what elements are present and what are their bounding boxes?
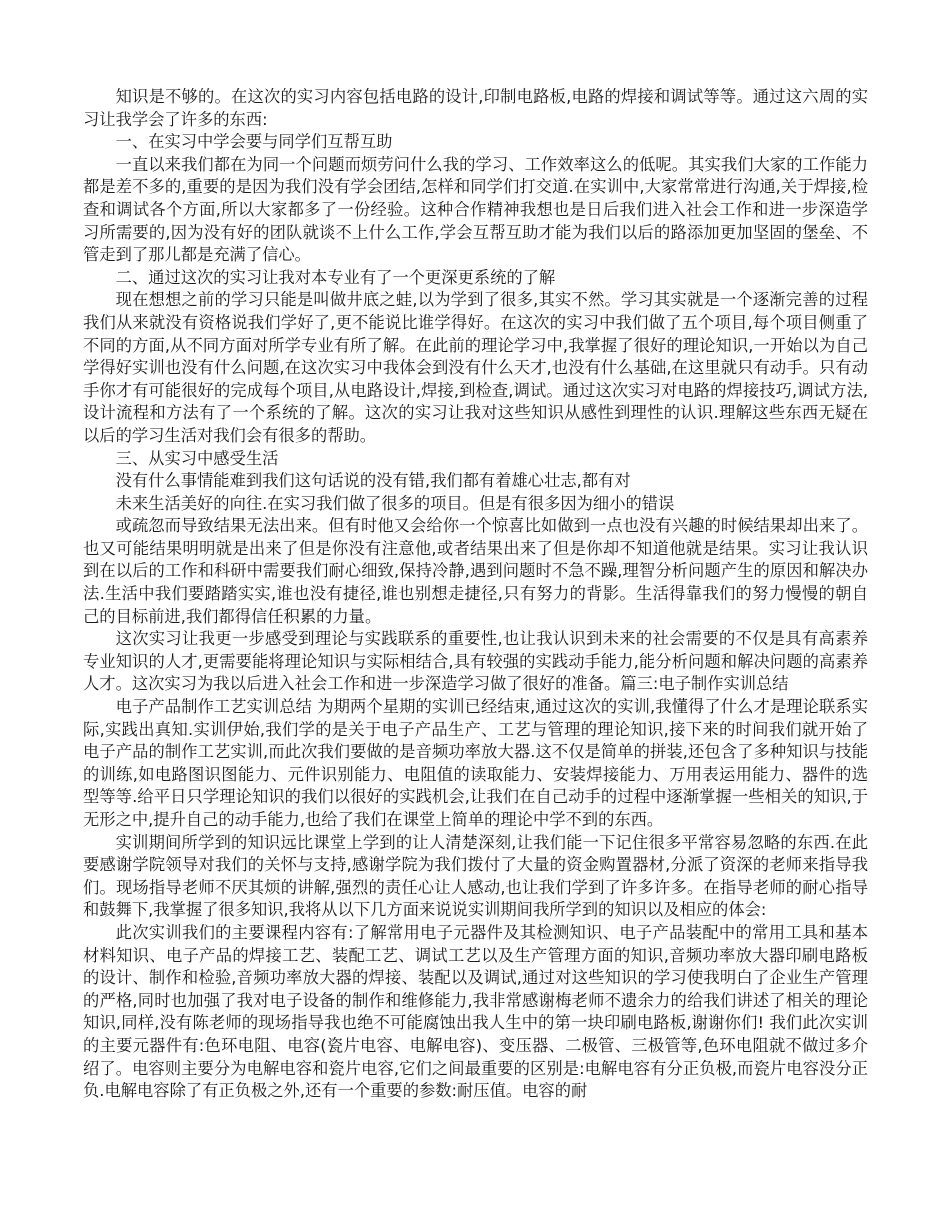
paragraph: 知识是不够的。在这次的实习内容包括电路的设计,印制电路板,电路的焊接和调试等等。… [83,86,868,131]
paragraph: 二、通过这次的实习让我对本专业有了一个更深更系统的了解 [83,267,868,290]
document-body: 知识是不够的。在这次的实习内容包括电路的设计,印制电路板,电路的焊接和调试等等。… [83,86,868,1103]
paragraph: 三、从实习中感受生活 [83,448,868,471]
paragraph: 实训期间所学到的知识远比课堂上学到的让人清楚深刻,让我们能一下记住很多平常容易忽… [83,832,868,922]
paragraph: 一直以来我们都在为同一个问题而烦劳问什么我的学习、工作效率这么的低呢。其实我们大… [83,154,868,267]
paragraph: 一、在实习中学会要与同学们互帮互助 [83,131,868,154]
paragraph: 没有什么事情能难到我们这句话说的没有错,我们都有着雄心壮志,都有对 [83,470,868,493]
paragraph: 此次实训我们的主要课程内容有:了解常用电子元器件及其检测知识、电子产品装配中的常… [83,922,868,1103]
paragraph: 现在想想之前的学习只能是叫做井底之蛙,以为学到了很多,其实不然。学习其实就是一个… [83,289,868,447]
paragraph: 这次实习让我更一步感受到理论与实践联系的重要性,也让我认识到未来的社会需要的不仅… [83,628,868,696]
document-page: 知识是不够的。在这次的实习内容包括电路的设计,印制电路板,电路的焊接和调试等等。… [0,0,950,1230]
paragraph: 或疏忽而导致结果无法出来。但有时他又会给你一个惊喜比如做到一点也没有兴趣的时候结… [83,515,868,628]
paragraph: 电子产品制作工艺实训总结 为期两个星期的实训已经结束,通过这次的实训,我懂得了什… [83,696,868,832]
paragraph: 未来生活美好的向往.在实习我们做了很多的项目。但是有很多因为细小的错误 [83,493,868,516]
